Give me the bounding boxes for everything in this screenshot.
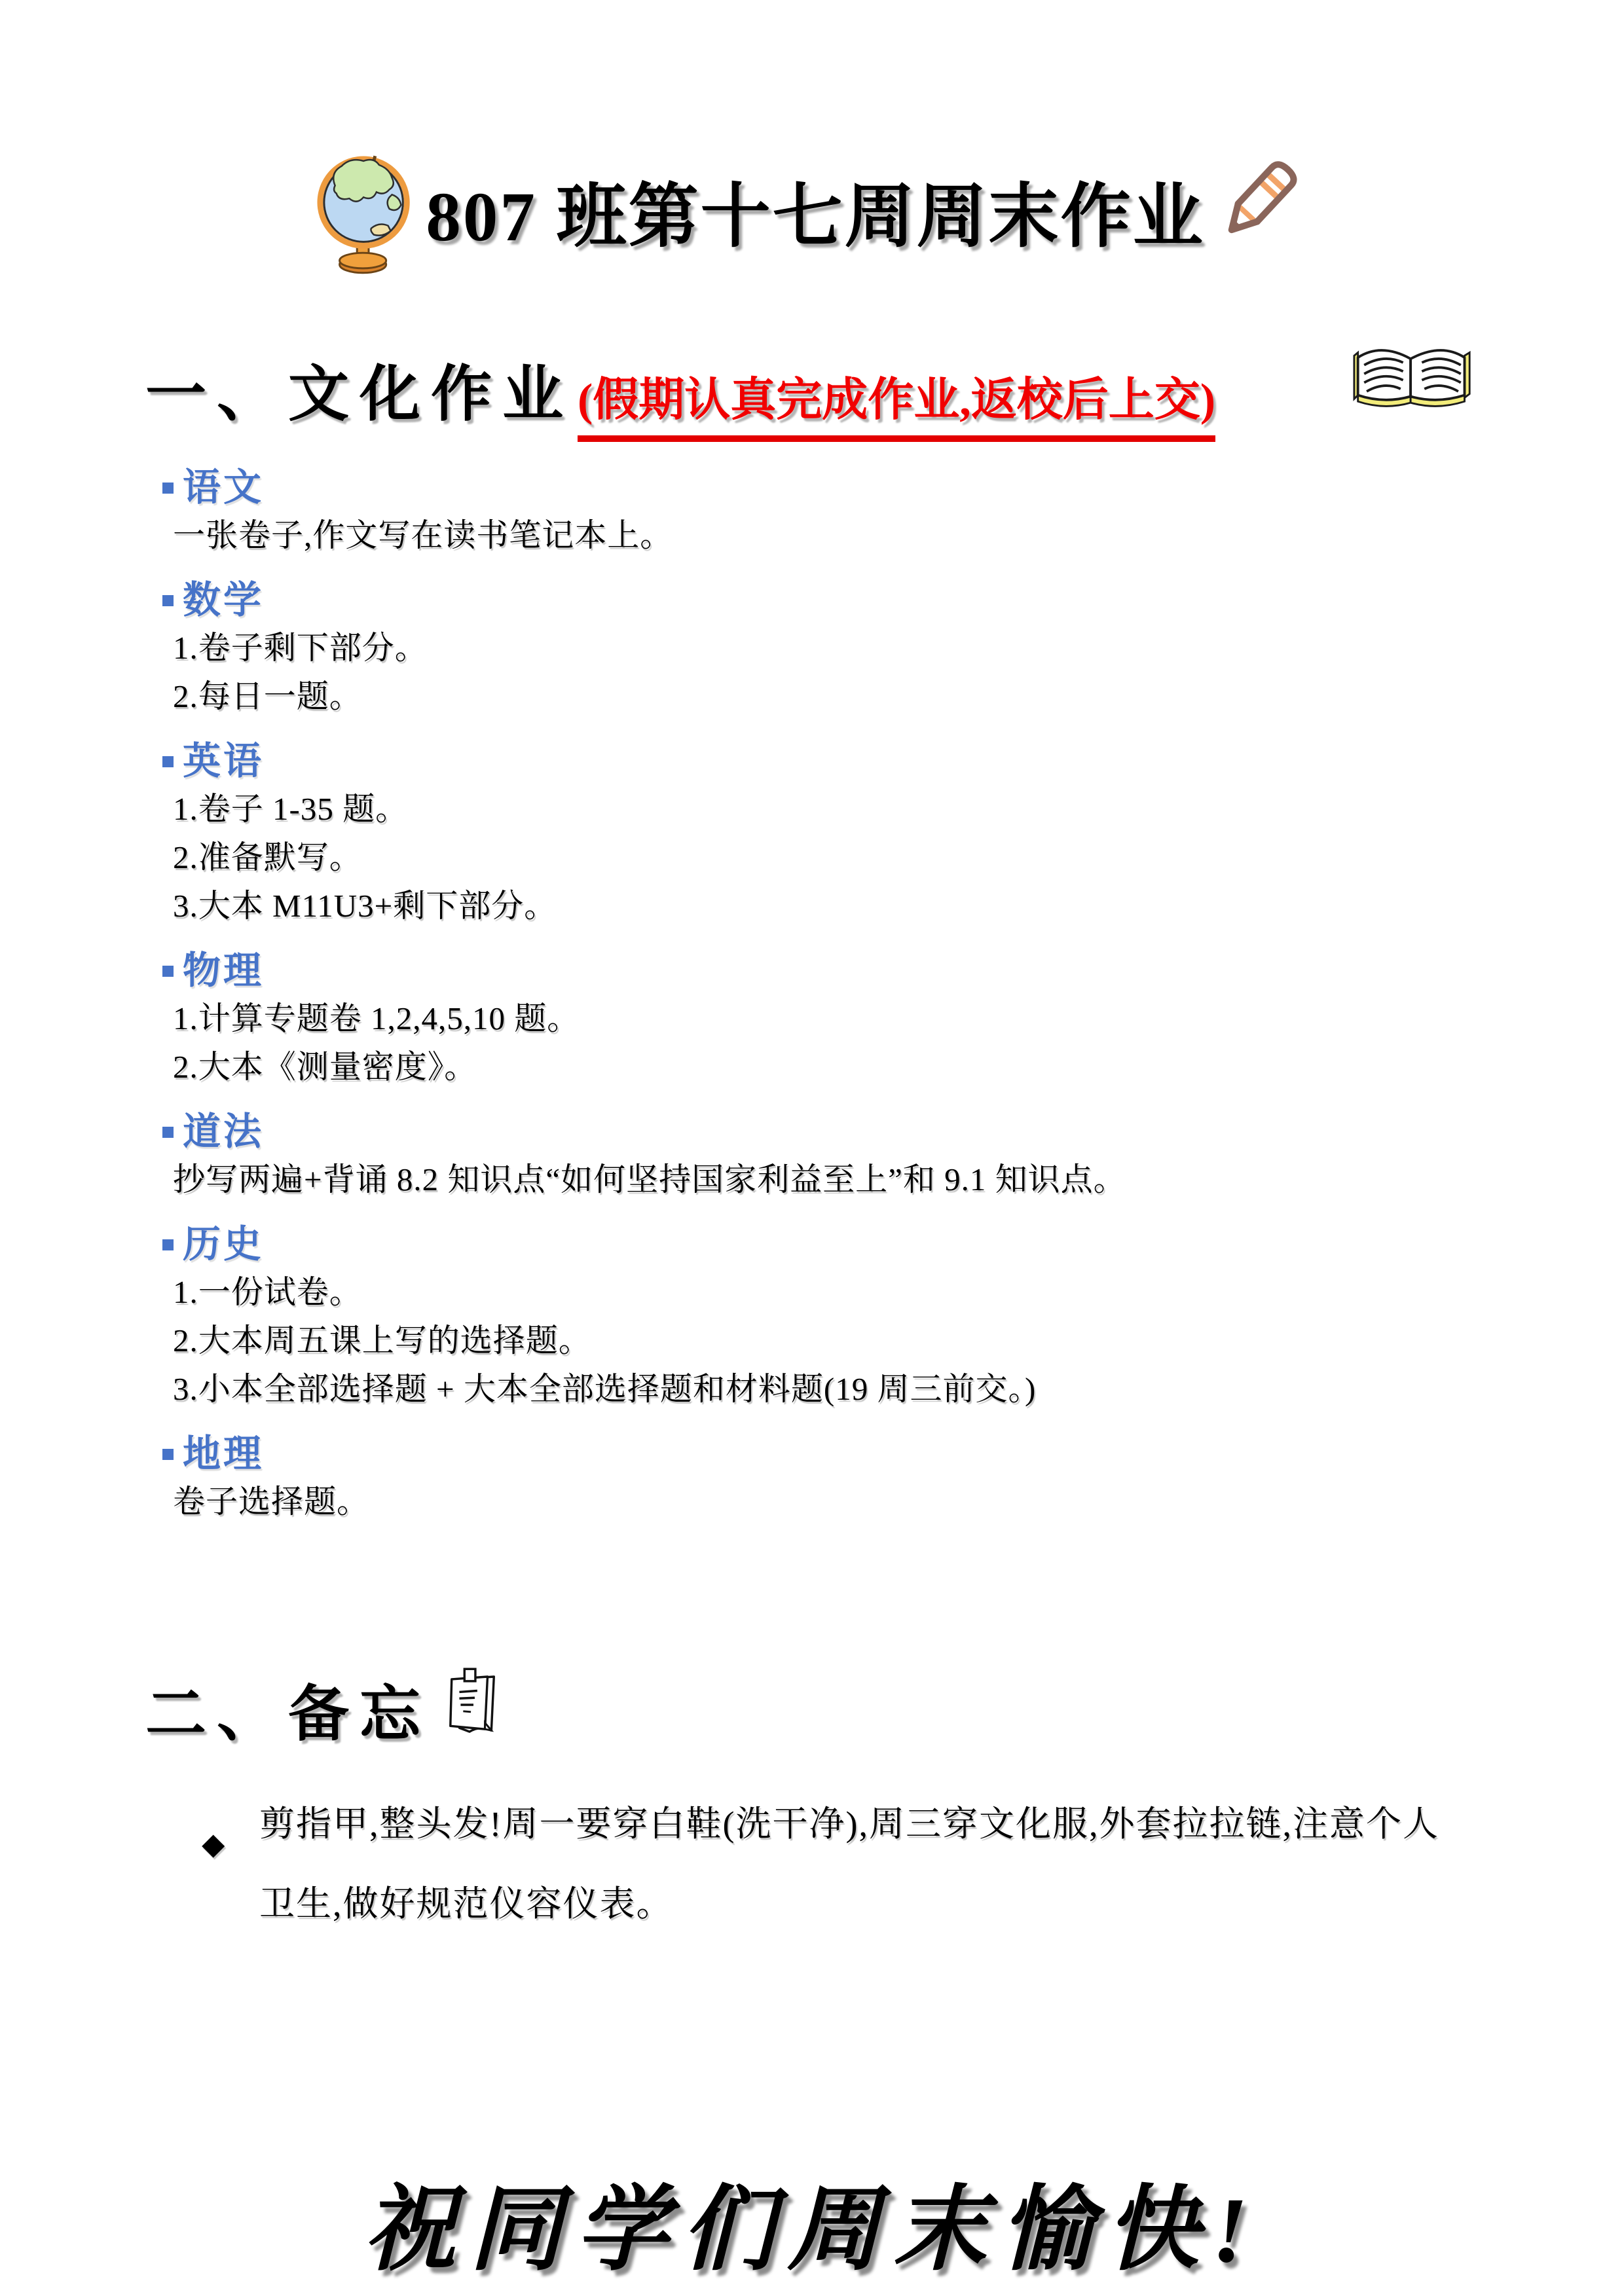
subject-heading: 物理 xyxy=(162,947,1466,994)
page-title: 807 班第十七周周末作业 xyxy=(426,160,1204,261)
subject-items: 1.一份试卷。 2.大本周五课上写的选择题。 3.小本全部选择题 + 大本全部选… xyxy=(173,1268,1466,1413)
section-memo-heading-row: 二、备忘 xyxy=(145,1665,1624,1753)
clipboard-icon xyxy=(444,1660,502,1751)
homework-item: 2.准备默写。 xyxy=(173,833,1466,882)
section-memo-heading: 二、备忘 xyxy=(145,1665,431,1753)
square-bullet-icon xyxy=(162,1127,174,1138)
blessing-text: 祝同学们周末愉快! xyxy=(0,2155,1624,2288)
subject-block: 历史 1.一份试卷。 2.大本周五课上写的选择题。 3.小本全部选择题 + 大本… xyxy=(162,1221,1466,1413)
subject-block: 语文 一张卷子,作文写在读书笔记本上。 xyxy=(162,464,1466,560)
homework-item: 2.大本《测量密度》。 xyxy=(173,1043,1466,1091)
subject-name: 历史 xyxy=(183,1221,264,1268)
subject-items: 一张卷子,作文写在读书笔记本上。 xyxy=(173,511,1466,560)
square-bullet-icon xyxy=(162,483,174,494)
homework-item: 1.计算专题卷 1,2,4,5,10 题。 xyxy=(173,994,1466,1043)
homework-item: 抄写两遍+背诵 8.2 知识点“如何坚持国家利益至上”和 9.1 知识点。 xyxy=(173,1156,1466,1204)
memo-block: ◆ 剪指甲,整头发!周一要穿白鞋(洗干净),周三穿文化服,外套拉拉链,注意个人卫… xyxy=(259,1784,1460,1944)
square-bullet-icon xyxy=(162,1449,174,1460)
globe-icon xyxy=(317,145,420,275)
subject-name: 英语 xyxy=(183,738,264,785)
homework-item: 3.大本 M11U3+剩下部分。 xyxy=(173,882,1466,930)
memo-text: 剪指甲,整头发!周一要穿白鞋(洗干净),周三穿文化服,外套拉拉链,注意个人卫生,… xyxy=(259,1804,1439,1923)
section-culture-heading: 一、文化作业 xyxy=(145,345,574,433)
subject-block: 地理 卷子选择题。 xyxy=(162,1430,1466,1526)
subject-items: 抄写两遍+背诵 8.2 知识点“如何坚持国家利益至上”和 9.1 知识点。 xyxy=(173,1156,1466,1204)
subject-items: 1.计算专题卷 1,2,4,5,10 题。 2.大本《测量密度》。 xyxy=(173,994,1466,1091)
section-culture-heading-row: 一、文化作业 (假期认真完成作业,返校后上交) xyxy=(145,345,1624,442)
subject-name: 数学 xyxy=(183,577,264,624)
subject-heading: 语文 xyxy=(162,464,1466,511)
homework-item: 一张卷子,作文写在读书笔记本上。 xyxy=(173,511,1466,560)
homework-item: 2.大本周五课上写的选择题。 xyxy=(173,1317,1466,1365)
square-bullet-icon xyxy=(162,595,174,606)
homework-item: 1.一份试卷。 xyxy=(173,1268,1466,1317)
subject-heading: 英语 xyxy=(162,738,1466,785)
square-bullet-icon xyxy=(162,1239,174,1250)
subject-heading: 数学 xyxy=(162,577,1466,624)
subject-list: 语文 一张卷子,作文写在读书笔记本上。 数学 1.卷子剩下部分。 2.每日一题。 xyxy=(162,464,1466,1526)
subject-name: 语文 xyxy=(183,464,264,511)
subject-items: 1.卷子剩下部分。 2.每日一题。 xyxy=(173,624,1466,721)
subject-items: 卷子选择题。 xyxy=(173,1478,1466,1526)
subject-heading: 地理 xyxy=(162,1430,1466,1478)
subject-block: 物理 1.计算专题卷 1,2,4,5,10 题。 2.大本《测量密度》。 xyxy=(162,947,1466,1091)
subject-block: 道法 抄写两遍+背诵 8.2 知识点“如何坚持国家利益至上”和 9.1 知识点。 xyxy=(162,1108,1466,1204)
subject-block: 数学 1.卷子剩下部分。 2.每日一题。 xyxy=(162,577,1466,721)
diamond-bullet-icon: ◆ xyxy=(202,1804,226,1884)
subject-name: 物理 xyxy=(183,947,264,994)
title-row: 807 班第十七周周末作业 xyxy=(0,0,1624,307)
subject-name: 道法 xyxy=(183,1108,264,1156)
culture-note: (假期认真完成作业,返校后上交) xyxy=(578,363,1215,442)
subject-heading: 道法 xyxy=(162,1108,1466,1156)
homework-item: 2.每日一题。 xyxy=(173,672,1466,721)
homework-item: 卷子选择题。 xyxy=(173,1478,1466,1526)
square-bullet-icon xyxy=(162,966,174,977)
homework-item: 1.卷子剩下部分。 xyxy=(173,624,1466,672)
open-book-icon xyxy=(1353,333,1472,416)
subject-block: 英语 1.卷子 1-35 题。 2.准备默写。 3.大本 M11U3+剩下部分。 xyxy=(162,738,1466,930)
subject-heading: 历史 xyxy=(162,1221,1466,1268)
homework-item: 3.小本全部选择题 + 大本全部选择题和材料题(19 周三前交。) xyxy=(173,1365,1466,1413)
square-bullet-icon xyxy=(162,756,174,767)
subject-items: 1.卷子 1-35 题。 2.准备默写。 3.大本 M11U3+剩下部分。 xyxy=(173,785,1466,930)
subject-name: 地理 xyxy=(183,1430,264,1478)
homework-item: 1.卷子 1-35 题。 xyxy=(173,785,1466,833)
pencil-icon xyxy=(1209,153,1307,251)
